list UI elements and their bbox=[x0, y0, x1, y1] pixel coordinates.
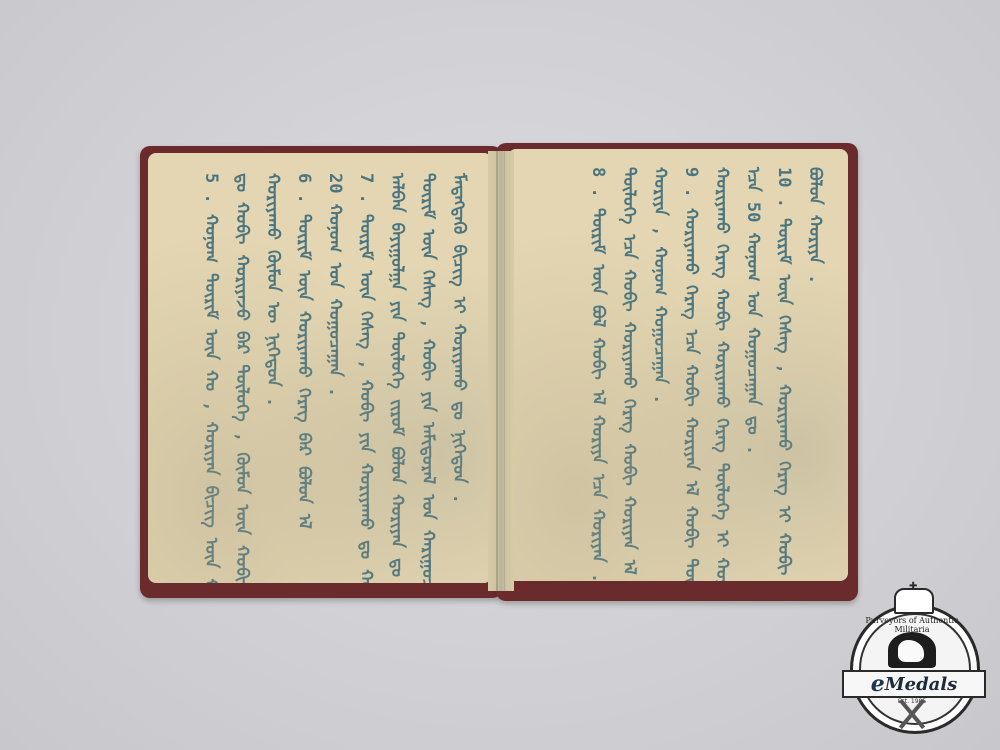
left-page-text: ᠮᠡᠳᠡᠭᠳᠡᠬᠦ ᠪᠢᠴᠢᠭ ᠢ ᠬᠤᠷᠢᠶᠠᠬᠤ ᠳᠤ ᠨᠢᠭᠡᠳᠦᠨ . … bbox=[162, 173, 474, 583]
brand-prefix: e bbox=[871, 671, 885, 697]
text-line: ᠠᠯᠪᠠᠨ ᠪᠠᠶᠢᠭᠤᠯᠭᠠ ᠶᠢᠨ ᠲᠥᠯᠥᠭᠡ ᠵᠢᠷᠤᠮ ᠪᠤᠯᠤᠨ ᠬ… bbox=[381, 173, 412, 583]
horse-emblem-icon bbox=[888, 632, 936, 668]
emedals-watermark: ✚ Purveyors of Authentic Militaria eMeda… bbox=[842, 582, 982, 732]
right-page-text: ᠪᠤᠯᠤᠨ ᠬᠤᠷᠢᠶᠠ . 10 . ᠳᠦᠷᠢᠮ ᠦᠨ ᠬᠡᠰᠡᠭ , ᠬᠤᠷ… bbox=[520, 167, 830, 581]
crossed-swords-icon bbox=[886, 700, 938, 728]
text-line: 5 . ᠬᠤᠨᠤᠭ ᠳᠦᠷᠢᠮ ᠦᠨ ᠬᠤ , ᠬᠤᠷᠢᠶᠠᠨ ᠪᠢᠴᠢᠭ ᠦᠨ… bbox=[195, 173, 226, 583]
badge-ribbon: eMedals bbox=[842, 670, 986, 698]
right-page: ᠪᠤᠯᠤᠨ ᠬᠤᠷᠢᠶᠠ . 10 . ᠳᠦᠷᠢᠮ ᠦᠨ ᠬᠡᠰᠡᠭ , ᠬᠤᠷ… bbox=[508, 149, 848, 581]
text-line: 6 . ᠳᠦᠷᠢᠮ ᠦᠨ ᠬᠤᠷᠢᠶᠠᠬᠤ ᠬᠡᠷᠡᠭ ᠪᠠᠷ ᠪᠤᠯᠤᠨ ᠡᠯ bbox=[288, 173, 319, 583]
text-line: 10 . ᠳᠦᠷᠢᠮ ᠦᠨ ᠬᠡᠰᠡᠭ , ᠬᠤᠷᠢᠶᠠᠬᠤ ᠬᠡᠷᠡᠭ ᠢ ᠬ… bbox=[768, 167, 799, 581]
text-line: ᠲᠥᠯᠥᠭᠡ ᠡᠴᠡ ᠬᠤᠪᠢ ᠬᠤᠷᠢᠶᠠᠬᠤ ᠬᠡᠷᠡᠭ ᠬᠤᠪᠢ ᠬᠤᠷᠢ… bbox=[613, 167, 644, 581]
book-spine bbox=[488, 151, 514, 591]
text-line: ᠬᠤᠷᠢᠶᠠ , ᠬᠤᠨᠤᠭ ᠬᠤᠭᠤᠴᠠᠭᠠᠨ . bbox=[644, 167, 675, 581]
booklet: ᠮᠡᠳᠡᠭᠳᠡᠬᠦ ᠪᠢᠴᠢᠭ ᠢ ᠬᠤᠷᠢᠶᠠᠬᠤ ᠳᠤ ᠨᠢᠭᠡᠳᠦᠨ . … bbox=[140, 143, 858, 601]
text-line: 8 . ᠳᠦᠷᠢᠮ ᠦᠨ ᠪᠤᠯ ᠬᠤᠪᠢ ᠡᠯ ᠬᠤᠷᠢᠶᠠ ᠡᠴᠡ ᠬᠤᠷᠢ… bbox=[582, 167, 613, 581]
left-page: ᠮᠡᠳᠡᠭᠳᠡᠬᠦ ᠪᠢᠴᠢᠭ ᠢ ᠬᠤᠷᠢᠶᠠᠬᠤ ᠳᠤ ᠨᠢᠭᠡᠳᠦᠨ . … bbox=[148, 153, 492, 583]
text-line: ᠳᠤ ᠬᠤᠪᠢ ᠬᠤᠷᠢᠶᠠᠵᠤ ᠪᠠᠷ ᠲᠥᠯᠥᠭᠡ , ᠬᠦᠮᠦᠨ ᠦᠨ ᠬ… bbox=[226, 173, 257, 583]
crown-icon bbox=[894, 588, 934, 614]
text-line: ᠬᠤᠷᠢᠶᠠᠬᠤ ᠬᠡᠷᠡᠭ ᠬᠤᠪᠢ ᠬᠤᠷᠢᠶᠠᠬᠤ ᠬᠡᠷᠡᠭ ᠲᠥᠯᠥᠭ… bbox=[706, 167, 737, 581]
text-line: ᠪᠤᠯᠤᠨ ᠬᠤᠷᠢᠶᠠ . bbox=[799, 167, 830, 581]
text-line: ᠡᠴᠡ 50 ᠬᠤᠨᠤᠭ ᠤᠨ ᠬᠤᠭᠤᠴᠠᠭᠠᠨ ᠳᠤ . bbox=[737, 167, 768, 581]
text-line: 7 . ᠳᠦᠷᠢᠮ ᠦᠨ ᠬᠡᠰᠡᠭ , ᠬᠤᠪᠢ ᠶᠢᠨ ᠬᠤᠷᠢᠶᠠᠬᠤ ᠳ… bbox=[350, 173, 381, 583]
text-line: 20 ᠬᠤᠨᠤᠭ ᠤᠨ ᠬᠤᠭᠤᠴᠠᠭᠠᠨ . bbox=[319, 173, 350, 583]
text-line: 9 . ᠬᠤᠷᠢᠶᠠᠬᠤ ᠬᠡᠷᠡᠭ ᠡᠴᠡ ᠬᠤᠪᠢ ᠬᠤᠷᠢᠶᠠᠨ ᠡᠯ ᠬ… bbox=[675, 167, 706, 581]
text-line: ᠬᠤᠷᠢᠶᠠᠬᠤ ᠬᠦᠮᠦᠨ ᠦ ᠨᠢᠭᠡᠳᠦᠨ . bbox=[257, 173, 288, 583]
brand-name: Medals bbox=[885, 674, 958, 695]
text-line: ᠮᠡᠳᠡᠭᠳᠡᠬᠦ ᠪᠢᠴᠢᠭ ᠢ ᠬᠤᠷᠢᠶᠠᠬᠤ ᠳᠤ ᠨᠢᠭᠡᠳᠦᠨ . bbox=[443, 173, 474, 583]
text-line: ᠳᠦᠷᠢᠮ ᠦᠨ ᠬᠡᠰᠡᠭ , ᠬᠤᠪᠢ ᠶᠢᠨ ᠠᠮᠢᠳᠤᠷᠠᠯ ᠤᠨ ᠬᠠ… bbox=[412, 173, 443, 583]
